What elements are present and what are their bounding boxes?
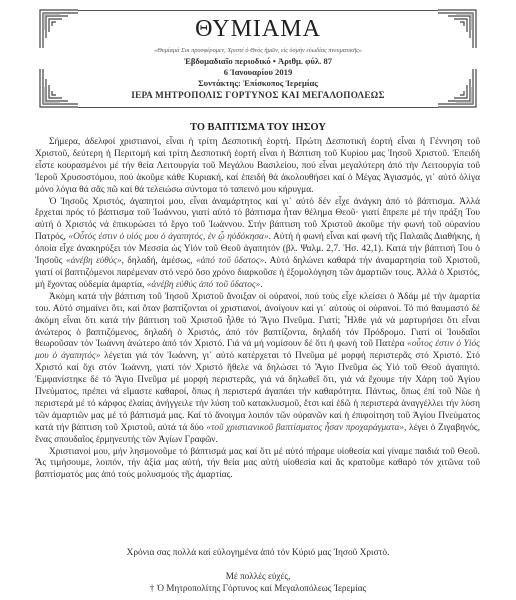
scripture-quote: «ἀπό τοῦ ὕδατος» (196, 256, 264, 266)
masthead-top-rule (78, 10, 438, 11)
issue-date: 6 Ἰανουαρίου 2019 (38, 67, 478, 78)
scripture-quote: «ἀνέβη εὐθύς ἀπό τοῦ ὕδατος» (147, 280, 261, 290)
publication-title: ΘΥΜΙΑΜΑ (38, 16, 478, 42)
masthead-bottom-rule (78, 107, 438, 108)
paragraph-2: Ὁ Ἰησοῦς Χριστός, ἀγαπητοί μου, εἶναι ἀν… (35, 197, 480, 292)
periodical-info: Ἑβδομαδιαῖο περιοδικό • Ἀριθμ. φύλ. 87 (38, 56, 478, 67)
closing-greeting: Χρόνια σας πολλά καί εὐλογημένα ἀπό τόν … (0, 548, 516, 558)
scripture-quote: «ἀνέβη εὐθύς» (66, 256, 122, 266)
article-title: ΤΟ ΒΑΠΤΙΣΜΑ ΤΟΥ ΙΗΣΟΥ (0, 122, 516, 133)
masthead: ΘΥΜΙΑΜΑ «Θυμίαμά Σοι προσφέρομεν, Χριστέ… (38, 8, 478, 109)
scripture-quote: «Οὗτός ἐστιν ὁ υἱός μου ὁ ἀγαπητός, ἐν ᾧ… (68, 232, 268, 242)
scripture-quote: «τοῦ χριστιανικοῦ βαπτίσματος ἦσαν προχα… (206, 423, 404, 433)
publication-motto: «Θυμίαμά Σοι προσφέρομεν, Χριστέ ὁ Θεὸς … (38, 46, 478, 56)
article-body: Σήμερα, ἀδελφοί χριστιανοί, εἶναι ἡ τρίτ… (35, 137, 480, 482)
metropolis-name: ΙΕΡΑ ΜΗΤΡΟΠΟΛΙΣ ΓΟΡΤΥΝΟΣ ΚΑΙ ΜΕΓΑΛΟΠΟΛΕΩ… (38, 89, 478, 101)
wishes-line: Μέ πολλές εὐχές, (0, 571, 516, 583)
paragraph-3: Ἀκόμη κατά τήν βάπτιση τοῦ Ἰησοῦ Χριστοῦ… (35, 292, 480, 447)
editor-line: Συντάκτης: Ἐπίσκοπος Ἱερεμίας (38, 78, 478, 89)
paragraph-1: Σήμερα, ἀδελφοί χριστιανοί, εἶναι ἡ τρίτ… (35, 137, 480, 197)
paragraph-4: Χριστιανοί μου, μήν λησμονοῦμε τό βάπτισ… (35, 447, 480, 483)
signoff: Μέ πολλές εὐχές, † Ὁ Μητροπολίτης Γόρτυν… (0, 571, 516, 594)
signature-line: † Ὁ Μητροπολίτης Γόρτυνος καί Μεγαλοπόλε… (0, 583, 516, 595)
